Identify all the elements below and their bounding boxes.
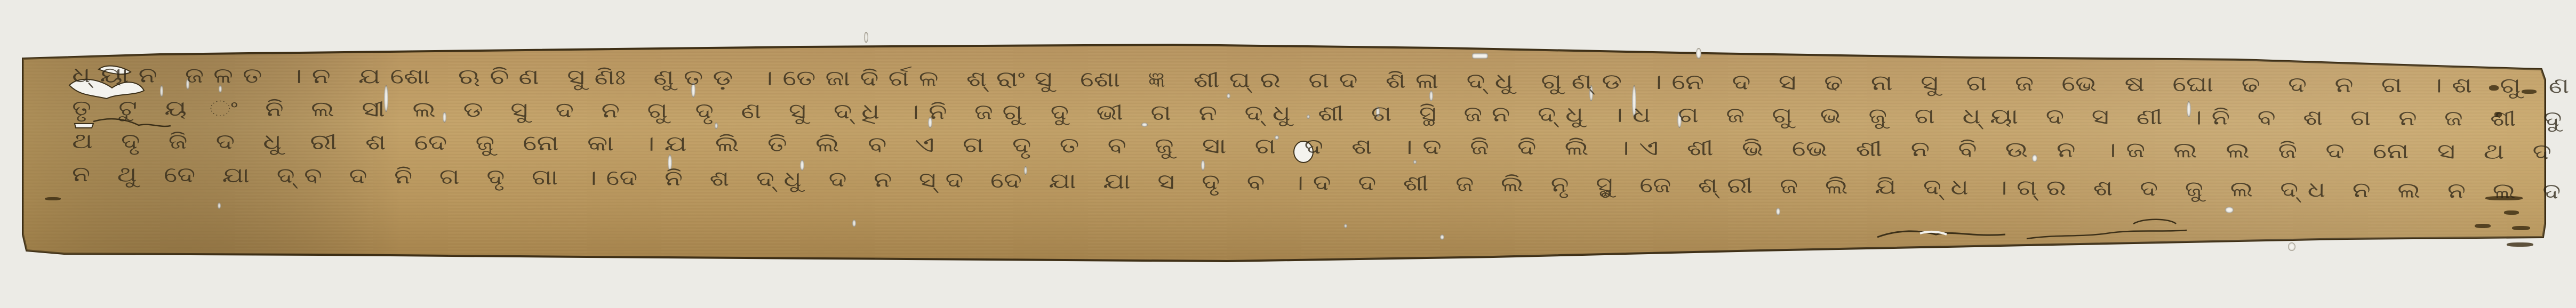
ink-stain [2512, 226, 2530, 230]
worm-hole [1201, 160, 1205, 171]
worm-hole [2225, 207, 2234, 213]
worm-hole [1227, 93, 1230, 99]
ink-stain [45, 197, 61, 200]
worm-hole [2288, 242, 2295, 251]
worm-hole [1472, 53, 1488, 59]
worm-hole [1440, 234, 1444, 240]
worm-hole [1776, 208, 1780, 215]
ink-stain [2475, 224, 2491, 228]
manuscript-photo: ଧ୍ୟାନ ଜଳତ ।ନ ଯଶୋ ଋଚିଣ ସୁଣିଃ ଣୁତଡ଼ ।ତେଜାଦ… [0, 0, 2576, 308]
worm-hole [218, 202, 221, 209]
ink-stain [2507, 242, 2533, 247]
worm-hole [864, 32, 868, 43]
ink-stain [2504, 210, 2519, 215]
worm-hole [1413, 160, 1417, 164]
worm-hole [1696, 48, 1701, 59]
worm-hole [1344, 224, 1347, 228]
worm-hole [715, 123, 718, 129]
worm-hole [852, 220, 856, 227]
